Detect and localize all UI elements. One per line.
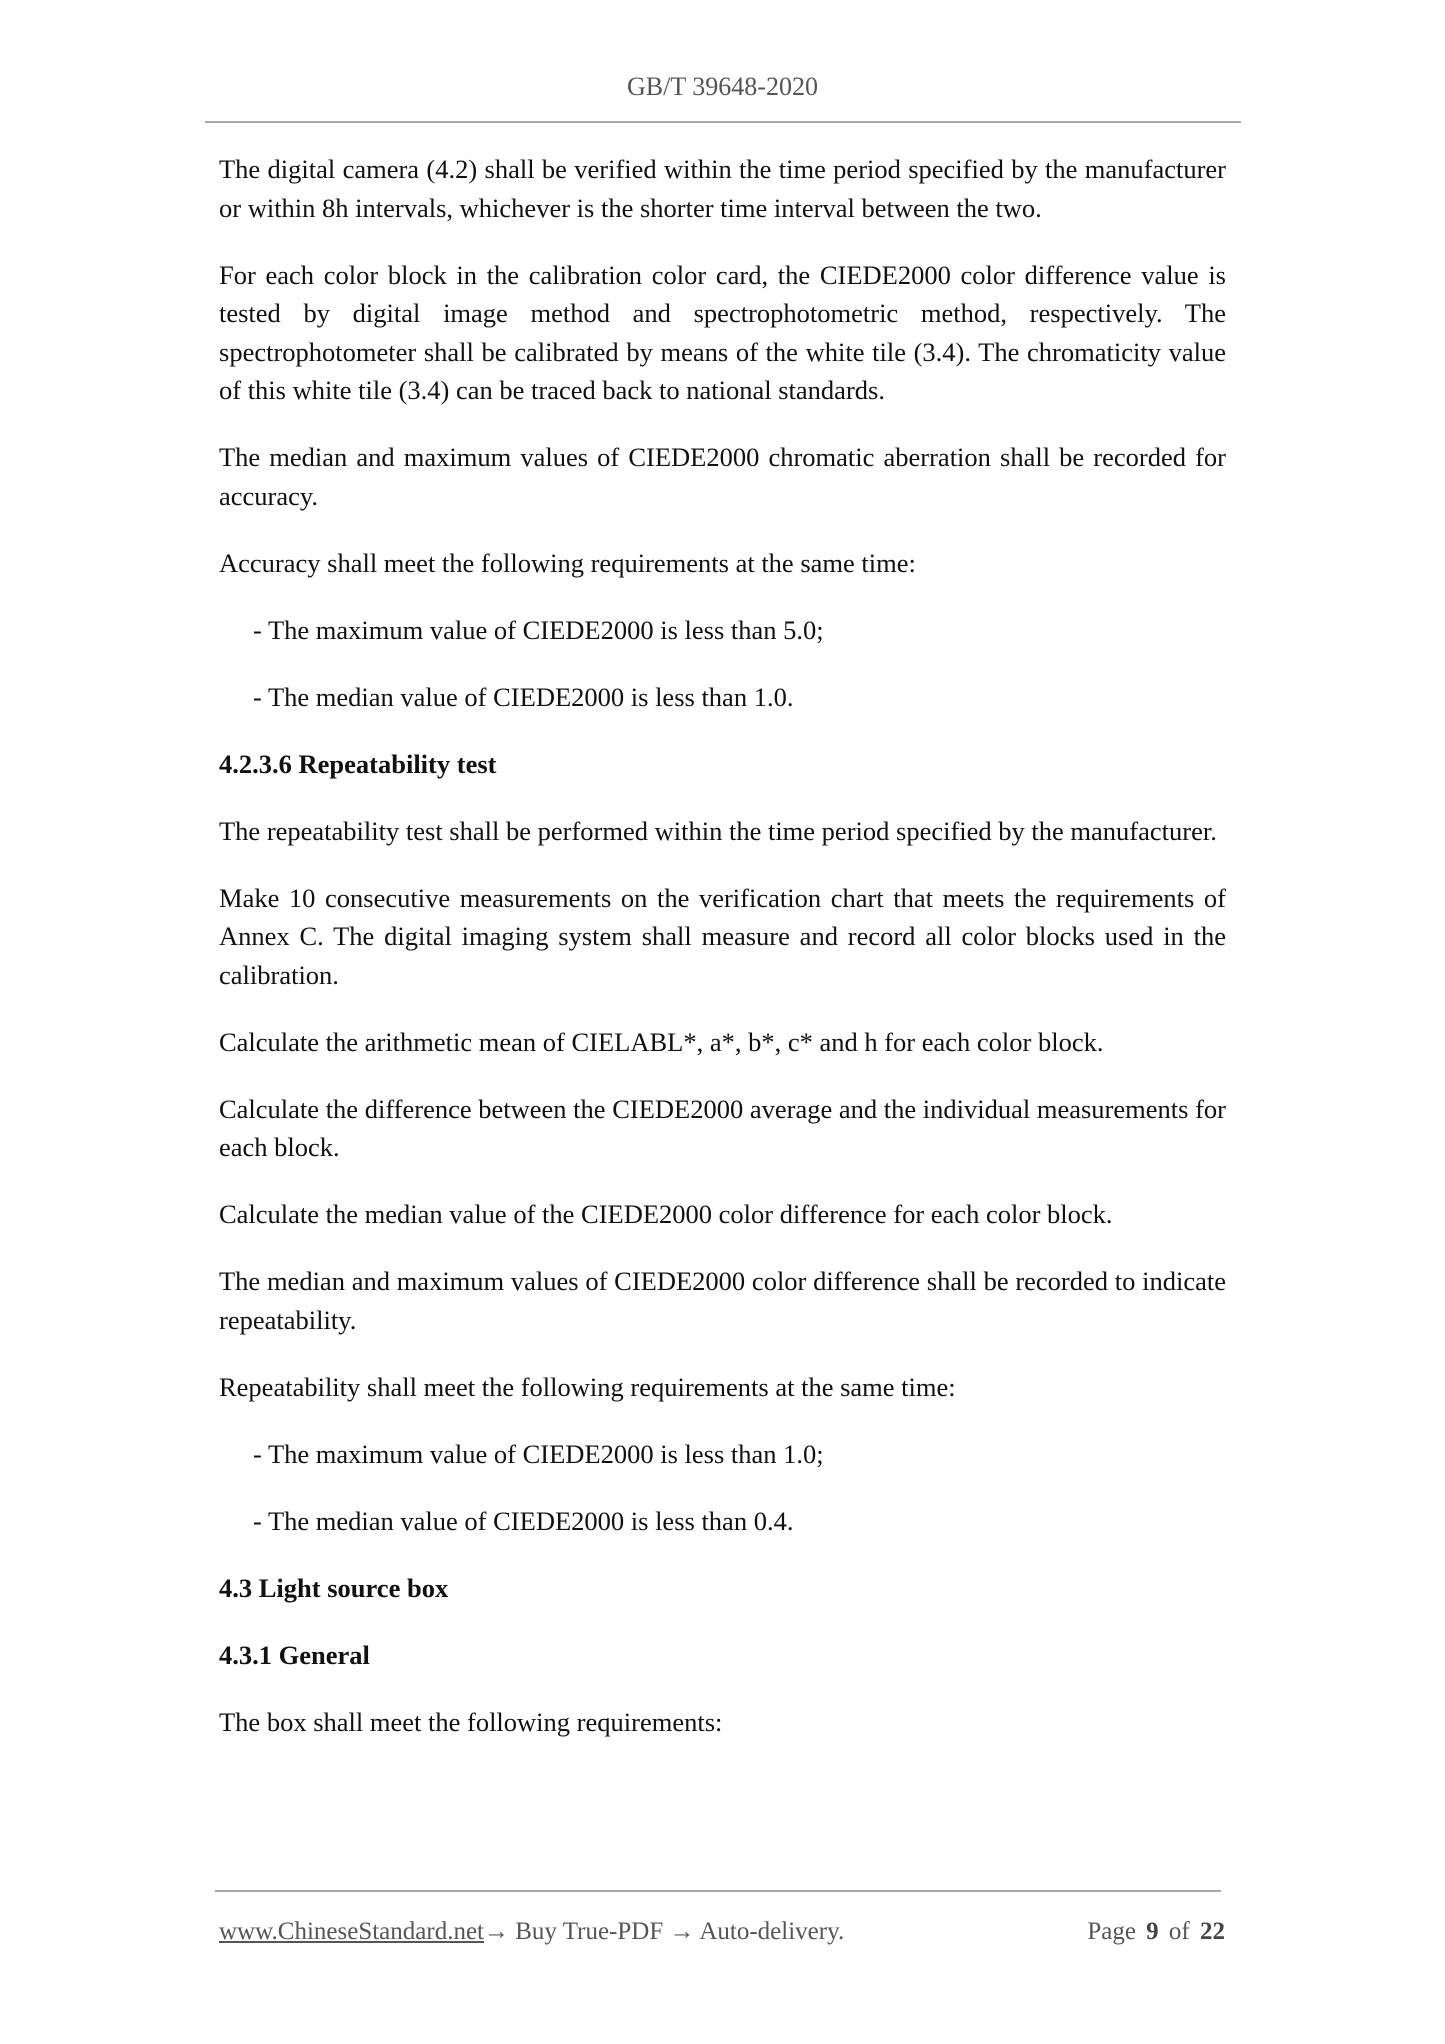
paragraph-difference-calculation: Calculate the difference between the CIE… <box>219 1090 1226 1167</box>
document-body: The digital camera (4.2) shall be verifi… <box>219 150 1226 1770</box>
page-total: 22 <box>1200 1918 1225 1945</box>
page-current: 9 <box>1146 1918 1159 1945</box>
of-label: of <box>1169 1918 1190 1945</box>
paragraph-box-requirements: The box shall meet the following require… <box>219 1703 1226 1742</box>
document-id-header: GB/T 39648-2020 <box>0 72 1445 102</box>
arrow-right-icon: → <box>669 1918 694 1945</box>
footer-step-buy: Buy True-PDF <box>509 1918 669 1945</box>
paragraph-repeatability-requirements: Repeatability shall meet the following r… <box>219 1368 1226 1407</box>
paragraph-arithmetic-mean: Calculate the arithmetic mean of CIELABL… <box>219 1023 1226 1062</box>
paragraph-color-difference-test: For each color block in the calibration … <box>219 256 1226 410</box>
paragraph-repeatability-record: The median and maximum values of CIEDE20… <box>219 1262 1226 1339</box>
chinesestandard-link[interactable]: www.ChineseStandard.net <box>219 1918 484 1945</box>
section-heading-4-2-3-6: 4.2.3.6 Repeatability test <box>219 745 1226 784</box>
page-indicator: Page 9 of 22 <box>1083 1918 1225 1946</box>
section-heading-4-3-1: 4.3.1 General <box>219 1636 1226 1675</box>
repeatability-bullet-max: - The maximum value of CIEDE2000 is less… <box>253 1435 1226 1474</box>
paragraph-median-calculation: Calculate the median value of the CIEDE2… <box>219 1195 1226 1234</box>
page-label: Page <box>1087 1918 1136 1945</box>
paragraph-accuracy-requirements: Accuracy shall meet the following requir… <box>219 544 1226 583</box>
page-footer: www.ChineseStandard.net→ Buy True-PDF → … <box>219 1918 1225 1946</box>
accuracy-bullet-median: - The median value of CIEDE2000 is less … <box>253 678 1226 717</box>
paragraph-camera-verification: The digital camera (4.2) shall be verifi… <box>219 150 1226 227</box>
accuracy-bullet-max: - The maximum value of CIEDE2000 is less… <box>253 611 1226 650</box>
header-divider <box>205 121 1241 123</box>
paragraph-accuracy-record: The median and maximum values of CIEDE20… <box>219 438 1226 515</box>
footer-divider <box>215 1890 1221 1892</box>
footer-step-delivery: Auto-delivery. <box>694 1918 844 1945</box>
arrow-right-icon: → <box>484 1918 509 1945</box>
paragraph-consecutive-measurements: Make 10 consecutive measurements on the … <box>219 879 1226 995</box>
section-heading-4-3: 4.3 Light source box <box>219 1569 1226 1608</box>
footer-promo: www.ChineseStandard.net→ Buy True-PDF → … <box>219 1918 844 1946</box>
repeatability-bullet-median: - The median value of CIEDE2000 is less … <box>253 1502 1226 1541</box>
paragraph-repeatability-period: The repeatability test shall be performe… <box>219 812 1226 851</box>
